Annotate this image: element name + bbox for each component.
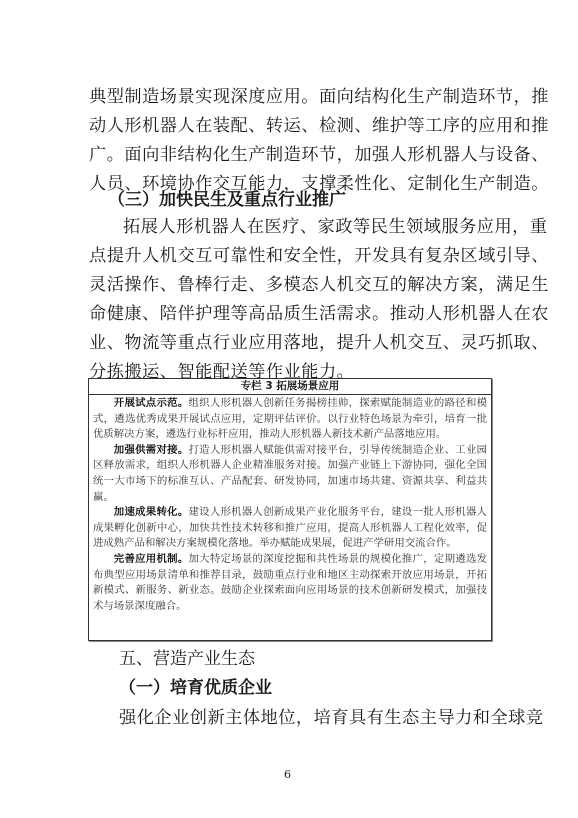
- text-line: 命健康、陪伴护理等高品质生活需求。推动人形机器人在农: [89, 300, 493, 329]
- text-line: 业、物流等重点行业应用落地，提升人机交互、灵巧抓取、: [89, 329, 493, 358]
- box-item-supply-demand: 加强供需对接。打造人形机器人赋能供需对接平台，引导传统制造企业、工业园区释放需求…: [93, 443, 487, 505]
- paragraph-enterprise: 强化企业创新主体地位，培育具有生态主导力和全球竞: [119, 704, 493, 733]
- paragraph-manufacturing: 典型制造场景实现深度应用。面向结构化生产制造环节，推 动人形机器人在装配、转运、…: [89, 83, 493, 199]
- paragraph-livelihood: 拓展人形机器人在医疗、家政等民生领域服务应用，重 点提升人机交互可靠性和安全性，…: [89, 213, 493, 387]
- text-line: 点提升人机交互可靠性和安全性，开发具有复杂区域引导、: [89, 242, 493, 271]
- box-body: 开展试点示范。组织人形机器人创新任务揭榜挂帅，探索赋能制造业的路径和模式，遴选优…: [89, 395, 491, 614]
- document-page: 典型制造场景实现深度应用。面向结构化生产制造环节，推 动人形机器人在装配、转运、…: [0, 0, 578, 818]
- chapter-heading-5: 五、营造产业生态: [119, 646, 255, 672]
- text-line: 灵活操作、鲁棒行走、多模态人机交互的解决方案，满足生: [89, 271, 493, 300]
- text-line: 拓展人形机器人在医疗、家政等民生领域服务应用，重: [89, 213, 493, 242]
- text-line: 强化企业创新主体地位，培育具有生态主导力和全球竞: [119, 704, 493, 733]
- sidebar-box-column-3: 专栏 3 拓展场景应用 开展试点示范。组织人形机器人创新任务揭榜挂帅，探索赋能制…: [88, 378, 492, 641]
- text-line: 动人形机器人在装配、转运、检测、维护等工序的应用和推: [89, 112, 493, 141]
- section-heading-5-1: （一）培育优质企业: [119, 675, 272, 701]
- box-item-lead: 开展试点示范。: [114, 397, 189, 409]
- section-heading-3: （三）加快民生及重点行业推广: [108, 187, 346, 213]
- text-line: 典型制造场景实现深度应用。面向结构化生产制造环节，推: [89, 83, 493, 112]
- box-item-lead: 加强供需对接。: [114, 444, 189, 456]
- box-item-application-mechanism: 完善应用机制。加大特定场景的深度挖掘和共性场景的规模化推广，定期遴选发布典型应用…: [93, 552, 487, 614]
- box-item-lead: 完善应用机制。: [114, 553, 189, 565]
- box-title: 专栏 3 拓展场景应用: [89, 379, 491, 395]
- box-item-achievement-transfer: 加速成果转化。建设人形机器人创新成果产业化服务平台，建设一批人形机器人成果孵化创…: [93, 505, 487, 552]
- box-item-pilot-demo: 开展试点示范。组织人形机器人创新任务揭榜挂帅，探索赋能制造业的路径和模式，遴选优…: [93, 396, 487, 443]
- box-item-lead: 加速成果转化。: [114, 506, 189, 518]
- page-number: 6: [284, 768, 291, 781]
- text-line: 广。面向非结构化生产制造环节，加强人形机器人与设备、: [89, 141, 493, 170]
